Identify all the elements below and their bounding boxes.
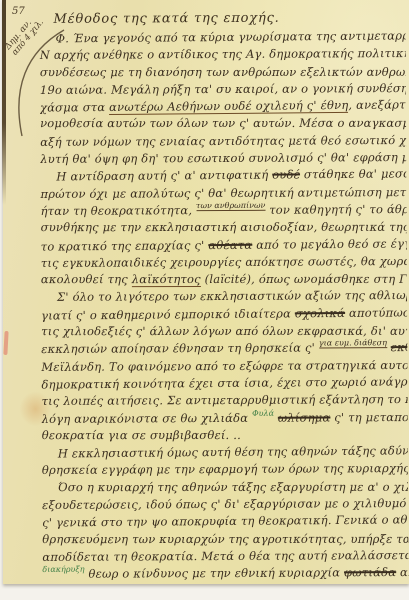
text-segment: εκθέσεις <box>391 340 409 354</box>
text-segment: θρησκεία εγγράφη με την εφαρμογή των όρω… <box>42 461 409 477</box>
text-segment: συνδέσεως με τη διανόηση των ανθρώπων εξ… <box>40 64 409 78</box>
manuscript-line: τις εγκυκλοπαιδικές χειρουργίες απόκτησε… <box>41 253 407 272</box>
text-segment: Σ' όλο το λιγότερο των εκκλησιαστικών αξ… <box>57 288 409 304</box>
text-segment: λόγη αναρικόνιστα σε θω χιλιάδα <box>42 410 253 425</box>
text-segment: Φυλά <box>252 408 274 417</box>
text-segment: (laïcité), όπως ωνομάσθηκε στη Γαλλία. <box>201 272 409 286</box>
manuscript-text-block: Μέθοδος της κατά της εποχής. Φ. Ένα γεγο… <box>39 9 408 584</box>
text-segment: θεωρ ο κίνδυνος με την εθνική κυριαρχία <box>85 566 344 581</box>
text-segment: στάθηκε θα' μεσαιωνά θεωρητικά <box>300 166 409 182</box>
text-segment: νομοθεσία αυτών των όλων των ς' αυτών. Μ… <box>40 116 408 130</box>
text-segment: 19ο αιώνα. Μεγάλη ρήξη τα' συ καιροί, αν… <box>40 80 409 96</box>
text-segment: συνθήκης με την εκκλησιαστική αισιοδοξία… <box>41 220 409 234</box>
manuscript-line: ς' γενικά στο την ψο αποκρυφία τη θεοκρα… <box>42 512 408 532</box>
text-segment: θρησκευόμενη των κυριαρχών της αγροτικότ… <box>42 531 408 545</box>
manuscript-line: ήταν τη θεοκρατικότητα, των ανθρωπίνων τ… <box>41 201 407 220</box>
manuscript-lines: Φ. Ένα γεγονός από τα κύρια γνωρίσματα τ… <box>40 28 409 583</box>
manuscript-line: Όσο η κυριαρχή της αθηνών τάξης εξαργυρί… <box>42 479 408 497</box>
manuscript-line: συνθήκης με την εκκλησιαστική αισιοδοξία… <box>41 219 407 237</box>
manuscript-line: διακήρυξη θεωρ ο κίνδυνος με την εθνική … <box>42 564 408 583</box>
text-segment: διακήρυξη <box>42 565 84 574</box>
text-segment: ήταν τη θεοκρατικότητα, <box>41 203 197 218</box>
page-number: 57 <box>12 6 25 17</box>
text-segment: ουδέ <box>272 168 300 182</box>
text-segment: ς' τη μεταπολεμική <box>330 409 408 424</box>
manuscript-line: το κρατικό της επαρχίας ς' αθέατα από το… <box>41 235 407 255</box>
text-segment: Όσο η κυριαρχή της αθηνών τάξης εξαργυρί… <box>58 479 409 493</box>
text-segment: φωτιάδα <box>344 565 396 579</box>
text-segment: λυτή θα' όψη φη δη' του εσωτικού συνολισ… <box>40 150 408 166</box>
manuscript-line: αποδίδεται τη θεοκρατία. Μετά ο θέα της … <box>42 547 408 566</box>
manuscript-line: εκκλησιών αποίησαν έθνησαν τη θρησκεία ς… <box>41 339 407 358</box>
text-segment: από το μεγάλο θεό σε έγγραφά <box>252 236 408 252</box>
manuscript-line: Η εκκλησιαστική όμως αυτή θέση της αθηνώ… <box>42 443 408 463</box>
text-segment: τις χιλιοδεξιές ς' άλλων λόγων από όλων … <box>41 324 408 338</box>
text-segment: ωλίσημα <box>278 410 331 424</box>
text-segment: εκκλησιών αποίησαν έθνησαν τη θρησκεία ς… <box>41 341 319 356</box>
text-segment: αποδίδεται τη θεοκρατία. Μετά ο θέα της … <box>42 548 408 564</box>
manuscript-line: Ν αρχής ανέθηκε ο αντίδικος της Αγ. δημο… <box>40 45 406 64</box>
text-segment: εξουδετερώσεις, ιδού όπως ς' δι' εξαργύρ… <box>42 495 408 512</box>
text-segment: λαϊκότητος <box>132 272 201 287</box>
text-segment: θεοκρατία για σε συμβιβασθεί. .. <box>42 428 241 442</box>
manuscript-line: γιατί ς' ο καθημερινό εμπορικό ιδιαίτερα… <box>41 304 407 324</box>
text-segment: τις εγκυκλοπαιδικές χειρουργίες απόκτησε… <box>41 254 409 270</box>
text-segment: Φ. Ένα γεγονός από τα κύρια γνωρίσματα τ… <box>56 28 409 46</box>
text-segment: ακολουθεί της <box>41 272 132 286</box>
text-segment: αξή των νόμων της ενιαίας αντιδότητας με… <box>40 132 408 148</box>
page-title: Μέθοδος της κατά της εποχής. <box>53 9 405 30</box>
manuscript-line: ακολουθεί της λαϊκότητος (laïcité), όπως… <box>41 271 407 289</box>
text-segment: σχολικά <box>295 306 345 320</box>
text-segment: από τα' εξά εκκλησιαστικά <box>396 564 408 579</box>
text-segment: το κρατικό της επαρχίας ς' <box>41 238 209 253</box>
manuscript-line: θεοκρατία για σε συμβιβασθεί. .. <box>42 427 408 445</box>
text-segment: τις λοιπές αιτήσεις. Σε αντιμεταρρυθμιστ… <box>42 392 409 408</box>
manuscript-line: Φ. Ένα γεγονός από τα κύρια γνωρίσματα τ… <box>40 27 406 47</box>
text-segment: πρώτον όχι με απολύτως ς' θα' θεωρητική … <box>40 185 408 201</box>
text-segment: δημοκρατική κοινότητα έχει στα ίσια, έχε… <box>41 374 408 392</box>
manuscript-line: συνδέσεως με τη διανόηση των ανθρώπων εξ… <box>40 63 406 81</box>
scanned-manuscript-page: { "document": { "page_number": "57", "ma… <box>0 0 409 600</box>
text-segment: γιατί ς' ο καθημερινό εμπορικό ιδιαίτερα <box>41 306 295 322</box>
manuscript-line: Σ' όλο το λιγότερο των εκκλησιαστικών αξ… <box>41 287 407 306</box>
manuscript-line: θρησκευόμενη των κυριαρχών της αγροτικότ… <box>42 530 408 548</box>
manuscript-line: αξή των νόμων της ενιαίας αντιδότητας με… <box>40 132 406 151</box>
manuscript-line: θρησκεία εγγράφη με την εφαρμογή των όρω… <box>42 460 408 479</box>
text-segment: ανωτέρω Αεθήνων ουδέ οχιλευή ς' έθνη <box>109 98 348 115</box>
text-segment: αποτύπωσε σύγκριση <box>345 305 408 320</box>
text-segment: αθέατα <box>208 237 252 251</box>
text-segment: Η αντίδραση αυτή ς' α' αντιφατική <box>56 168 272 184</box>
manuscript-line: τις λοιπές αιτήσεις. Σε αντιμεταρρυθμιστ… <box>42 391 408 410</box>
text-segment: των ανθρωπίνων <box>196 201 265 211</box>
text-segment: τον καθηγητή ς' το άθραμα της χειλικής τ… <box>265 201 408 216</box>
text-segment: για ευμ. διάθεση <box>319 338 387 348</box>
text-segment: Η εκκλησιαστική όμως αυτή θέση της αθηνώ… <box>58 443 409 460</box>
text-segment: , ανεξάρτητα ο από τη <box>348 97 408 112</box>
manuscript-line: νομοθεσία αυτών των όλων των ς' αυτών. Μ… <box>40 115 406 133</box>
manuscript-line: λόγη αναρικόνιστα σε θω χιλιάδα Φυλά ωλί… <box>42 409 408 428</box>
text-segment: Ν αρχής ανέθηκε ο αντίδικος της Αγ. δημο… <box>40 46 409 62</box>
manuscript-line: δημοκρατική κοινότητα έχει στα ίσια, έχε… <box>41 373 407 393</box>
text-segment: Μεϊλάνδη. Το φαινόμενο από το εξώφρε τα … <box>41 357 408 373</box>
text-segment: ς' γενικά στο την ψο αποκρυφία τη θεοκρα… <box>42 512 408 530</box>
